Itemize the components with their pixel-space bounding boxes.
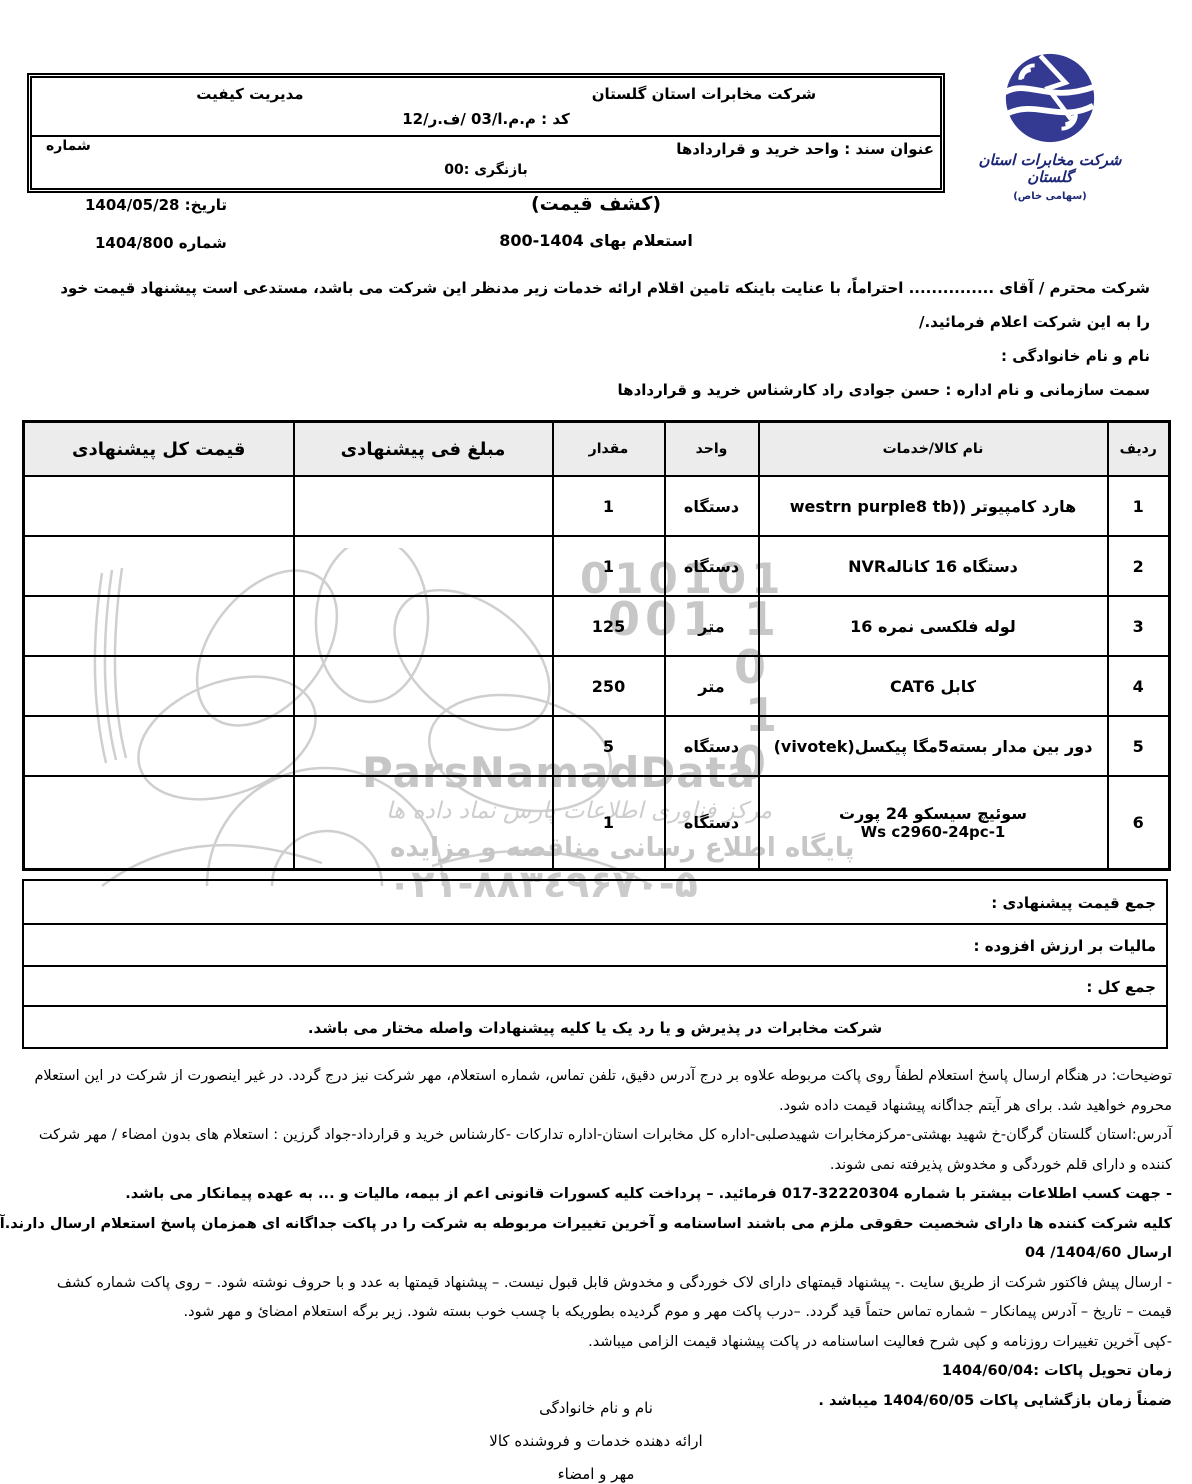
col-header-qty: مقدار	[553, 422, 665, 477]
item-cell: دور بین مدار بسته5مگا پیکسل(vivotek)	[759, 716, 1108, 776]
intro-paragraph: شرکت محترم / آقای ............... احترام…	[28, 271, 1150, 407]
sum-proposed-price-row: جمع قیمت پیشنهادی :	[22, 879, 1168, 925]
note-line: -کپی آخرین تغییرات روزنامه و کپی شرح فعا…	[16, 1328, 1172, 1358]
grand-total-label: جمع کل :	[1086, 978, 1166, 996]
sum-proposed-price-label: جمع قیمت پیشنهادی :	[991, 894, 1166, 912]
total-price-cell	[24, 656, 294, 716]
unit-price-cell	[294, 716, 553, 776]
intro-line-2: را به این شرکت اعلام فرمائید./	[28, 305, 1150, 339]
signature-block: نام و نام خانوادگی ارائه دهنده خدمات و ف…	[0, 1392, 1192, 1484]
qty-cell: 5	[553, 716, 665, 776]
row-cell: 1	[1108, 476, 1170, 536]
row-cell: 3	[1108, 596, 1170, 656]
header-box-divider	[32, 135, 940, 137]
vat-label: مالیات بر ارزش افزوده :	[973, 937, 1166, 955]
company-name: شرکت مخابرات استان گلستان	[468, 85, 940, 103]
qty-cell: 1	[553, 476, 665, 536]
col-header-unit-price: مبلغ فی پیشنهادی	[294, 422, 553, 477]
table-row: 4کابل CAT6متر250	[24, 656, 1170, 716]
col-header-row: ردیف	[1108, 422, 1170, 477]
total-price-cell	[24, 476, 294, 536]
col-header-total-price: قیمت کل پیشنهادی	[24, 422, 294, 477]
quality-management-label: مدیریت کیفیت	[50, 85, 450, 103]
table-header-row: ردیف نام کالا/خدمات واحد مقدار مبلغ فی پ…	[24, 422, 1170, 477]
grand-total-row: جمع کل :	[22, 965, 1168, 1007]
vat-row: مالیات بر ارزش افزوده :	[22, 923, 1168, 967]
total-price-cell	[24, 596, 294, 656]
note-line: زمان تحویل پاکات :1404/60/04	[16, 1357, 1172, 1387]
items-table: ردیف نام کالا/خدمات واحد مقدار مبلغ فی پ…	[22, 420, 1171, 871]
intro-line-3: نام و نام خانوادگی :	[28, 339, 1150, 373]
item-cell: هارد کامپیوتر ((westrn purple8 tb	[759, 476, 1108, 536]
note-line: کلیه شرکت کننده ها دارای شخصیت حقوقی ملز…	[16, 1210, 1172, 1240]
unit-cell: دستگاه	[665, 776, 759, 870]
footer-notes: توضیحات: در هنگام ارسال پاسخ استعلام لطف…	[16, 1062, 1172, 1416]
total-price-cell	[24, 716, 294, 776]
signature-line-3: مهر و امضاء	[0, 1458, 1192, 1484]
table-row: 3لوله فلکسی نمره 16متر125	[24, 596, 1170, 656]
row-cell: 6	[1108, 776, 1170, 870]
logo-company-name: شرکت مخابرات استان گلستان	[972, 152, 1128, 187]
acceptance-note-row: شرکت مخابرات در پذیرش و یا رد یک یا کلیه…	[22, 1005, 1168, 1049]
row-cell: 4	[1108, 656, 1170, 716]
doc-title-label: عنوان سند : واحد خرید و قراردادها	[676, 140, 934, 158]
note-line: - جهت کسب اطلاعات بیشتر با شماره 3222030…	[16, 1180, 1172, 1210]
inquiry-subtitle: استعلام بهای 1404-800	[0, 231, 1192, 250]
col-header-unit: واحد	[665, 422, 759, 477]
signature-line-2: ارائه دهنده خدمات و فروشنده کالا	[0, 1425, 1192, 1458]
unit-price-cell	[294, 476, 553, 536]
unit-price-cell	[294, 596, 553, 656]
unit-price-cell	[294, 536, 553, 596]
price-discovery-title: (کشف قیمت)	[0, 193, 1192, 215]
tci-logo: شرکت مخابرات استان گلستان (سهامی خاص)	[972, 50, 1128, 202]
revision-label: بازنگری :00	[32, 162, 940, 178]
qty-cell: 125	[553, 596, 665, 656]
header-box: شرکت مخابرات استان گلستان مدیریت کیفیت ک…	[30, 76, 942, 190]
qty-cell: 250	[553, 656, 665, 716]
logo-globe-icon	[1002, 50, 1098, 146]
table-row: 2دستگاه 16 کانالهNVRدستگاه1	[24, 536, 1170, 596]
item-cell: سوئیچ سیسکو 24 پورتWs c2960-24pc-1	[759, 776, 1108, 870]
table-row: 6سوئیچ سیسکو 24 پورتWs c2960-24pc-1دستگا…	[24, 776, 1170, 870]
document-page: ParsNamadData مرکز فناوری اطلاعات پارس ن…	[0, 0, 1192, 1484]
item-cell: دستگاه 16 کانالهNVR	[759, 536, 1108, 596]
intro-line-1: شرکت محترم / آقای ............... احترام…	[28, 271, 1150, 305]
unit-cell: دستگاه	[665, 476, 759, 536]
note-line: ارسال 1404/60/ 04	[16, 1239, 1172, 1269]
unit-cell: متر	[665, 656, 759, 716]
unit-price-cell	[294, 776, 553, 870]
item-cell: لوله فلکسی نمره 16	[759, 596, 1108, 656]
acceptance-note: شرکت مخابرات در پذیرش و یا رد یک یا کلیه…	[308, 1019, 882, 1037]
item-cell: کابل CAT6	[759, 656, 1108, 716]
unit-cell: متر	[665, 596, 759, 656]
number-label: شماره	[46, 138, 91, 154]
total-price-cell	[24, 776, 294, 870]
note-line: کننده و دارای قلم خوردگی و مخدوش پذیرفته…	[16, 1151, 1172, 1181]
note-line: محروم خواهید شد. برای هر آیتم جداگانه پی…	[16, 1092, 1172, 1122]
row-cell: 2	[1108, 536, 1170, 596]
doc-code: کد : م.م.ا/03 /ف.ر/12	[32, 110, 940, 128]
signature-line-1: نام و نام خانوادگی	[0, 1392, 1192, 1425]
row-cell: 5	[1108, 716, 1170, 776]
unit-cell: دستگاه	[665, 536, 759, 596]
note-line: قیمت – تاریخ – آدرس پیمانکار – شماره تما…	[16, 1298, 1172, 1328]
table-row: 1هارد کامپیوتر ((westrn purple8 tbدستگاه…	[24, 476, 1170, 536]
note-line: - ارسال پیش فاکتور شرکت از طریق سایت .- …	[16, 1269, 1172, 1299]
note-line: توضیحات: در هنگام ارسال پاسخ استعلام لطف…	[16, 1062, 1172, 1092]
unit-cell: دستگاه	[665, 716, 759, 776]
intro-line-4: سمت سازمانی و نام اداره : حسن جوادی راد …	[28, 373, 1150, 407]
col-header-item: نام کالا/خدمات	[759, 422, 1108, 477]
note-line: آدرس:استان گلستان گرگان-خ شهید بهشتی-مرک…	[16, 1121, 1172, 1151]
qty-cell: 1	[553, 536, 665, 596]
total-price-cell	[24, 536, 294, 596]
qty-cell: 1	[553, 776, 665, 870]
table-row: 5دور بین مدار بسته5مگا پیکسل(vivotek)دست…	[24, 716, 1170, 776]
unit-price-cell	[294, 656, 553, 716]
